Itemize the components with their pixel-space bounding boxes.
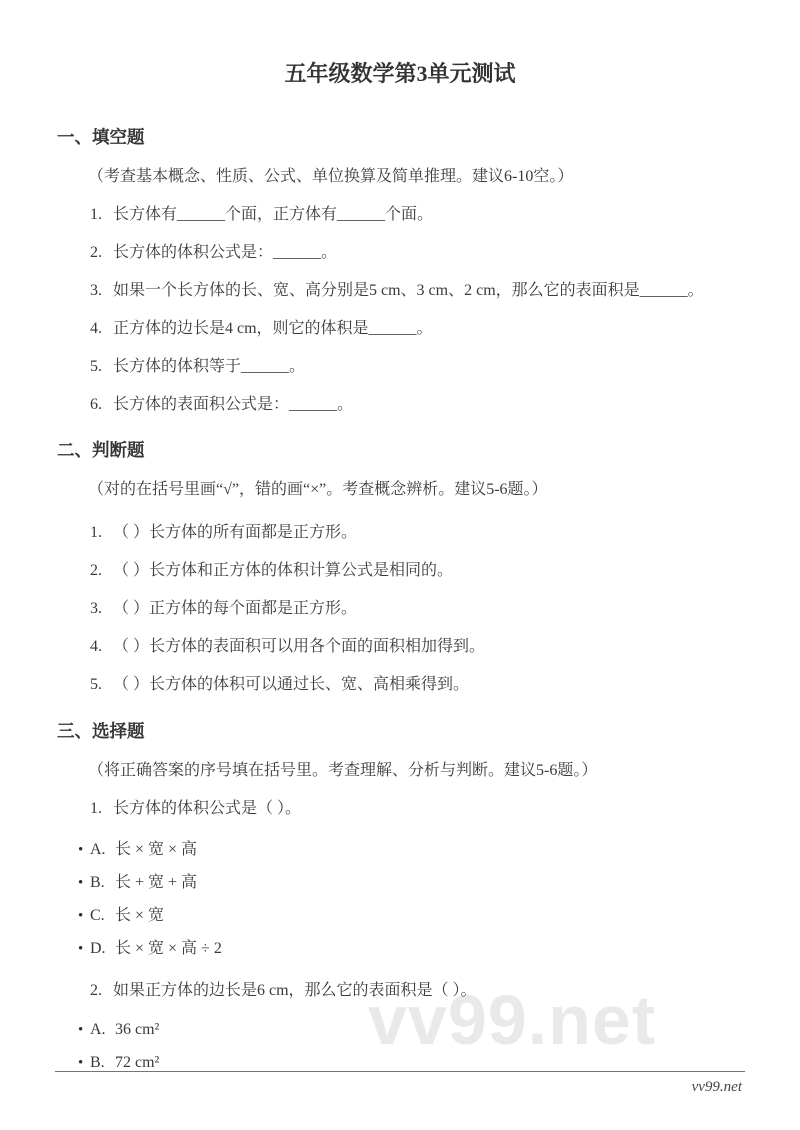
question-text: 如果一个长方体的长、宽、高分别是5 cm、3 cm、2 cm，那么它的表面积是_… — [113, 282, 704, 299]
page-title: 五年级数学第3单元测试 — [55, 61, 745, 87]
question-number: 2. — [90, 242, 113, 264]
section-heading: 三、选择题 — [57, 719, 745, 743]
option-text: 长 × 宽 × 高 ÷ 2 — [115, 940, 222, 957]
fill-question: 4.正方体的边长是4 cm，则它的体积是______。 — [90, 318, 745, 340]
footer-divider — [55, 1071, 745, 1072]
choice-option: •A.36 cm² — [78, 1019, 745, 1041]
choice-option: •D.长 × 宽 × 高 ÷ 2 — [78, 938, 745, 960]
judge-question: 1.（ ）长方体的所有面都是正方形。 — [90, 522, 745, 544]
question-number: 1. — [90, 204, 113, 226]
bullet-icon: • — [78, 938, 90, 960]
bullet-icon: • — [78, 872, 90, 894]
section-intro: （考查基本概念、性质、公式、单位换算及简单推理。建议6-10空。） — [88, 166, 745, 188]
option-label: D. — [90, 938, 115, 960]
question-number: 3. — [90, 598, 113, 620]
judge-question: 3.（ ）正方体的每个面都是正方形。 — [90, 598, 745, 620]
question-text: 如果正方体的边长是6 cm，那么它的表面积是（ ）。 — [113, 982, 477, 999]
bullet-icon: • — [78, 1019, 90, 1041]
question-text: （ ）正方体的每个面都是正方形。 — [113, 600, 357, 617]
choice-option: •B.长 + 宽 + 高 — [78, 872, 745, 894]
question-number: 3. — [90, 280, 113, 302]
question-text: 长方体的体积公式是：______。 — [113, 244, 337, 261]
question-text: （ ）长方体的体积可以通过长、宽、高相乘得到。 — [113, 676, 469, 693]
question-text: 长方体的体积等于______。 — [113, 358, 305, 375]
question-number: 1. — [90, 798, 113, 820]
question-number: 6. — [90, 394, 113, 416]
question-text: 长方体有______个面，正方体有______个面。 — [113, 206, 433, 223]
fill-question: 1.长方体有______个面，正方体有______个面。 — [90, 204, 745, 226]
question-number: 5. — [90, 674, 113, 696]
section-fill-in-blank: 一、填空题 （考查基本概念、性质、公式、单位换算及简单推理。建议6-10空。） … — [55, 125, 745, 416]
option-label: C. — [90, 905, 115, 927]
question-number: 2. — [90, 560, 113, 582]
fill-question: 5.长方体的体积等于______。 — [90, 356, 745, 378]
section-intro: （将正确答案的序号填在括号里。考查理解、分析与判断。建议5-6题。） — [88, 760, 745, 782]
question-text: 长方体的体积公式是（ ）。 — [113, 800, 301, 817]
document-body: 五年级数学第3单元测试 一、填空题 （考查基本概念、性质、公式、单位换算及简单推… — [0, 0, 800, 1074]
section-intro: （对的在括号里画“√”，错的画“×”。考查概念辨析。建议5-6题。） — [88, 479, 745, 501]
judge-question: 5.（ ）长方体的体积可以通过长、宽、高相乘得到。 — [90, 674, 745, 696]
choice-option: •A.长 × 宽 × 高 — [78, 839, 745, 861]
option-text: 72 cm² — [115, 1054, 159, 1071]
option-text: 长 + 宽 + 高 — [115, 874, 197, 891]
option-label: B. — [90, 872, 115, 894]
option-label: A. — [90, 1019, 115, 1041]
judge-question: 4.（ ）长方体的表面积可以用各个面的面积相加得到。 — [90, 636, 745, 658]
question-number: 1. — [90, 522, 113, 544]
choice-question-2: 2.如果正方体的边长是6 cm，那么它的表面积是（ ）。 — [90, 980, 745, 1002]
question-number: 4. — [90, 318, 113, 340]
bullet-icon: • — [78, 905, 90, 927]
section-true-false: 二、判断题 （对的在括号里画“√”，错的画“×”。考查概念辨析。建议5-6题。）… — [55, 438, 745, 696]
question-text: （ ）长方体的表面积可以用各个面的面积相加得到。 — [113, 638, 485, 655]
section-multiple-choice: 三、选择题 （将正确答案的序号填在括号里。考查理解、分析与判断。建议5-6题。）… — [55, 719, 745, 1074]
question-text: （ ）长方体和正方体的体积计算公式是相同的。 — [113, 562, 453, 579]
section-heading: 一、填空题 — [57, 125, 745, 149]
document-page: vv99.net 五年级数学第3单元测试 一、填空题 （考查基本概念、性质、公式… — [0, 0, 800, 1130]
fill-question: 3.如果一个长方体的长、宽、高分别是5 cm、3 cm、2 cm，那么它的表面积… — [90, 280, 745, 302]
choice-question-1: 1.长方体的体积公式是（ ）。 — [90, 798, 745, 820]
option-text: 36 cm² — [115, 1021, 159, 1038]
question-text: 长方体的表面积公式是：______。 — [113, 396, 353, 413]
fill-question: 2.长方体的体积公式是：______。 — [90, 242, 745, 264]
option-label: A. — [90, 839, 115, 861]
option-text: 长 × 宽 × 高 — [115, 841, 197, 858]
judge-question: 2.（ ）长方体和正方体的体积计算公式是相同的。 — [90, 560, 745, 582]
question-number: 2. — [90, 980, 113, 1002]
question-text: 正方体的边长是4 cm，则它的体积是______。 — [113, 320, 433, 337]
question-number: 5. — [90, 356, 113, 378]
footer-site-label: vv99.net — [692, 1077, 742, 1097]
question-number: 4. — [90, 636, 113, 658]
option-text: 长 × 宽 — [115, 907, 164, 924]
section-heading: 二、判断题 — [57, 438, 745, 462]
bullet-icon: • — [78, 839, 90, 861]
choice-option: •C.长 × 宽 — [78, 905, 745, 927]
fill-question: 6.长方体的表面积公式是：______。 — [90, 394, 745, 416]
question-text: （ ）长方体的所有面都是正方形。 — [113, 524, 357, 541]
